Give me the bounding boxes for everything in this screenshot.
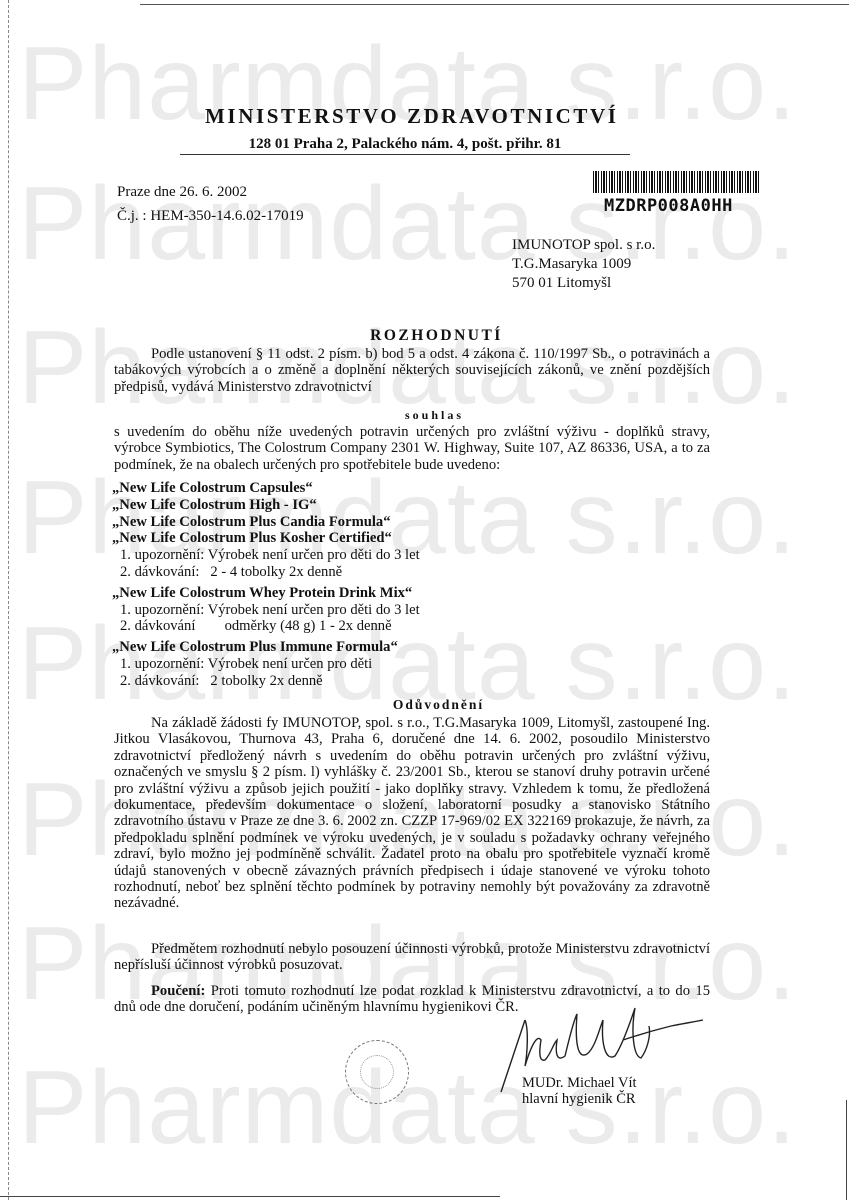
signatory-name: MUDr. Michael Vít: [522, 1075, 637, 1091]
product-condition: 1. upozornění: Výrobek není určen pro dě…: [112, 547, 420, 564]
barcode-text: MZDRP008A0HH: [604, 196, 733, 216]
ministry-address: 128 01 Praha 2, Palackého nám. 4, pošt. …: [180, 136, 630, 155]
decision-heading: ROZHODNUTÍ: [0, 327, 849, 345]
product-name: „New Life Colostrum High - IG“: [112, 497, 420, 514]
product-group: „New Life Colostrum Plus Immune Formula“…: [112, 639, 420, 689]
signatory-title: hlavní hygienik ČR: [522, 1091, 637, 1107]
consent-heading: souhlas: [0, 408, 849, 423]
product-condition: 2. dávkování odměrky (48 g) 1 - 2x denně: [112, 618, 420, 635]
scan-edge-top: [140, 4, 849, 6]
scan-edge-right: [846, 1100, 847, 1200]
ministry-title: MINISTERSTVO ZDRAVOTNICTVÍ: [205, 104, 619, 129]
recipient-line: 570 01 Litomyšl: [512, 274, 655, 293]
product-condition: 1. upozornění: Výrobek není určen pro dě…: [112, 602, 420, 619]
reference-number: Č.j. : HEM-350-14.6.02-17019: [117, 208, 304, 225]
official-stamp: [345, 1040, 409, 1104]
document-date: Praze dne 26. 6. 2002: [117, 184, 247, 201]
document-page: MINISTERSTVO ZDRAVOTNICTVÍ 128 01 Praha …: [0, 0, 849, 1200]
product-list: „New Life Colostrum Capsules“ „New Life …: [112, 480, 420, 690]
product-group: „New Life Colostrum Whey Protein Drink M…: [112, 585, 420, 635]
recipient-line: IMUNOTOP spol. s r.o.: [512, 236, 655, 255]
product-group: „New Life Colostrum Capsules“ „New Life …: [112, 480, 420, 581]
product-name: „New Life Colostrum Plus Candia Formula“: [112, 514, 420, 531]
scan-edge-left: [8, 0, 10, 1200]
scan-edge-bottom: [0, 1196, 500, 1197]
product-name: „New Life Colostrum Plus Kosher Certifie…: [112, 530, 420, 547]
decision-intro: Podle ustanovení § 11 odst. 2 písm. b) b…: [114, 346, 710, 395]
justification-text: Na základě žádosti fy IMUNOTOP, spol. s …: [114, 715, 710, 912]
recipient-address: IMUNOTOP spol. s r.o. T.G.Masaryka 1009 …: [512, 236, 655, 293]
instruction-label: Poučení:: [151, 983, 205, 999]
product-condition: 2. dávkování: 2 tobolky 2x denně: [112, 673, 420, 690]
consent-text: s uvedením do oběhu níže uvedených potra…: [114, 424, 710, 473]
recipient-line: T.G.Masaryka 1009: [512, 255, 655, 274]
barcode: [593, 171, 761, 193]
product-condition: 2. dávkování: 2 - 4 tobolky 2x denně: [112, 564, 420, 581]
product-name: „New Life Colostrum Whey Protein Drink M…: [112, 585, 420, 602]
product-name: „New Life Colostrum Capsules“: [112, 480, 420, 497]
product-condition: 1. upozornění: Výrobek není určen pro dě…: [112, 656, 420, 673]
justification-note: Předmětem rozhodnutí nebylo posouzení úč…: [114, 941, 710, 974]
justification-heading: Odůvodnění: [0, 697, 849, 713]
product-name: „New Life Colostrum Plus Immune Formula“: [112, 639, 420, 656]
signatory: MUDr. Michael Vít hlavní hygienik ČR: [522, 1075, 637, 1107]
